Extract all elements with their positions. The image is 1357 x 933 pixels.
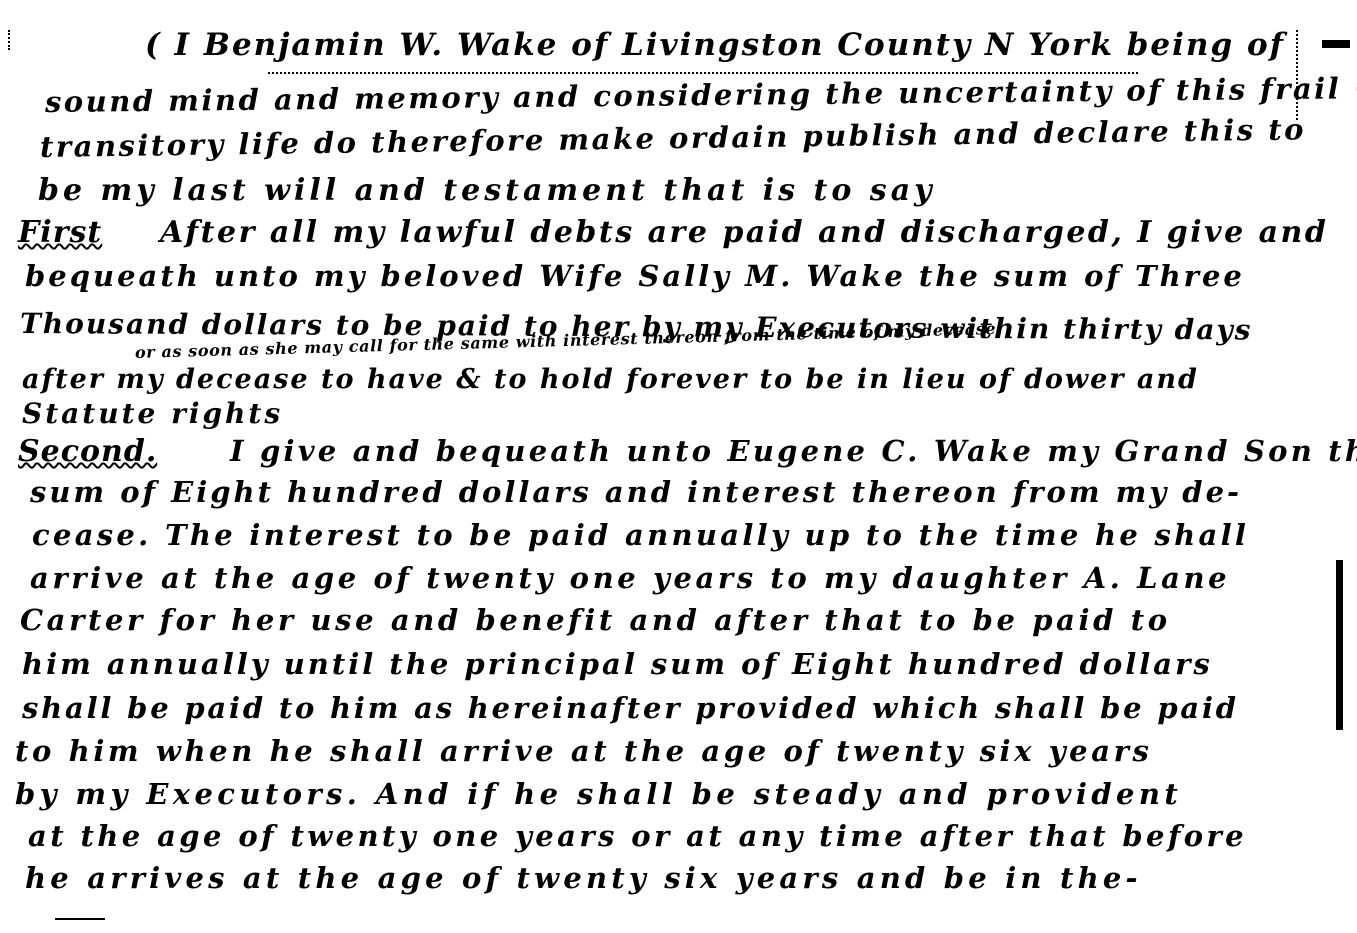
will-line-2: sound mind and memory and considering th… [45,74,1357,117]
will-line-14: Carter for her use and benefit and after… [20,606,1171,635]
edge-scan-artifact [1336,560,1343,730]
section-heading-first: First [18,218,102,248]
will-line-4: be my last will and testament that is to… [38,176,936,206]
margin-mark [8,30,50,50]
will-line-6: bequeath unto my beloved Wife Sally M. W… [25,262,1245,291]
will-line-8: after my decease to have & to hold forev… [22,366,1199,393]
will-line-11: sum of Eight hundred dollars and interes… [30,478,1242,507]
will-line-10: I give and bequeath unto Eugene C. Wake … [230,437,1357,466]
will-line-13: arrive at the age of twenty one years to… [30,564,1230,593]
will-line-15: him annually until the principal sum of … [22,650,1213,679]
document-page: ( I Benjamin W. Wake of Livingston Count… [0,0,1357,933]
signature-underline [268,72,1138,74]
will-line-1: ( I Benjamin W. Wake of Livingston Count… [145,30,1285,61]
will-line-19: at the age of twenty one years or at any… [28,822,1247,851]
will-line-17: to him when he shall arrive at the age o… [15,737,1152,766]
will-line-9: Statute rights [22,400,283,428]
will-line-16: shall be paid to him as hereinafter prov… [22,694,1239,723]
will-line-20: he arrives at the age of twenty six year… [25,864,1142,893]
bottom-rule [55,918,105,920]
section-heading-second: Second. [18,437,157,467]
will-line-18: by my Executors. And if he shall be stea… [15,780,1182,809]
will-line-5: After all my lawful debts are paid and d… [160,218,1328,248]
will-line-3: transitory life do therefore make ordain… [40,115,1306,162]
margin-scan-artifact [1322,40,1350,48]
will-line-12: cease. The interest to be paid annually … [32,521,1249,550]
